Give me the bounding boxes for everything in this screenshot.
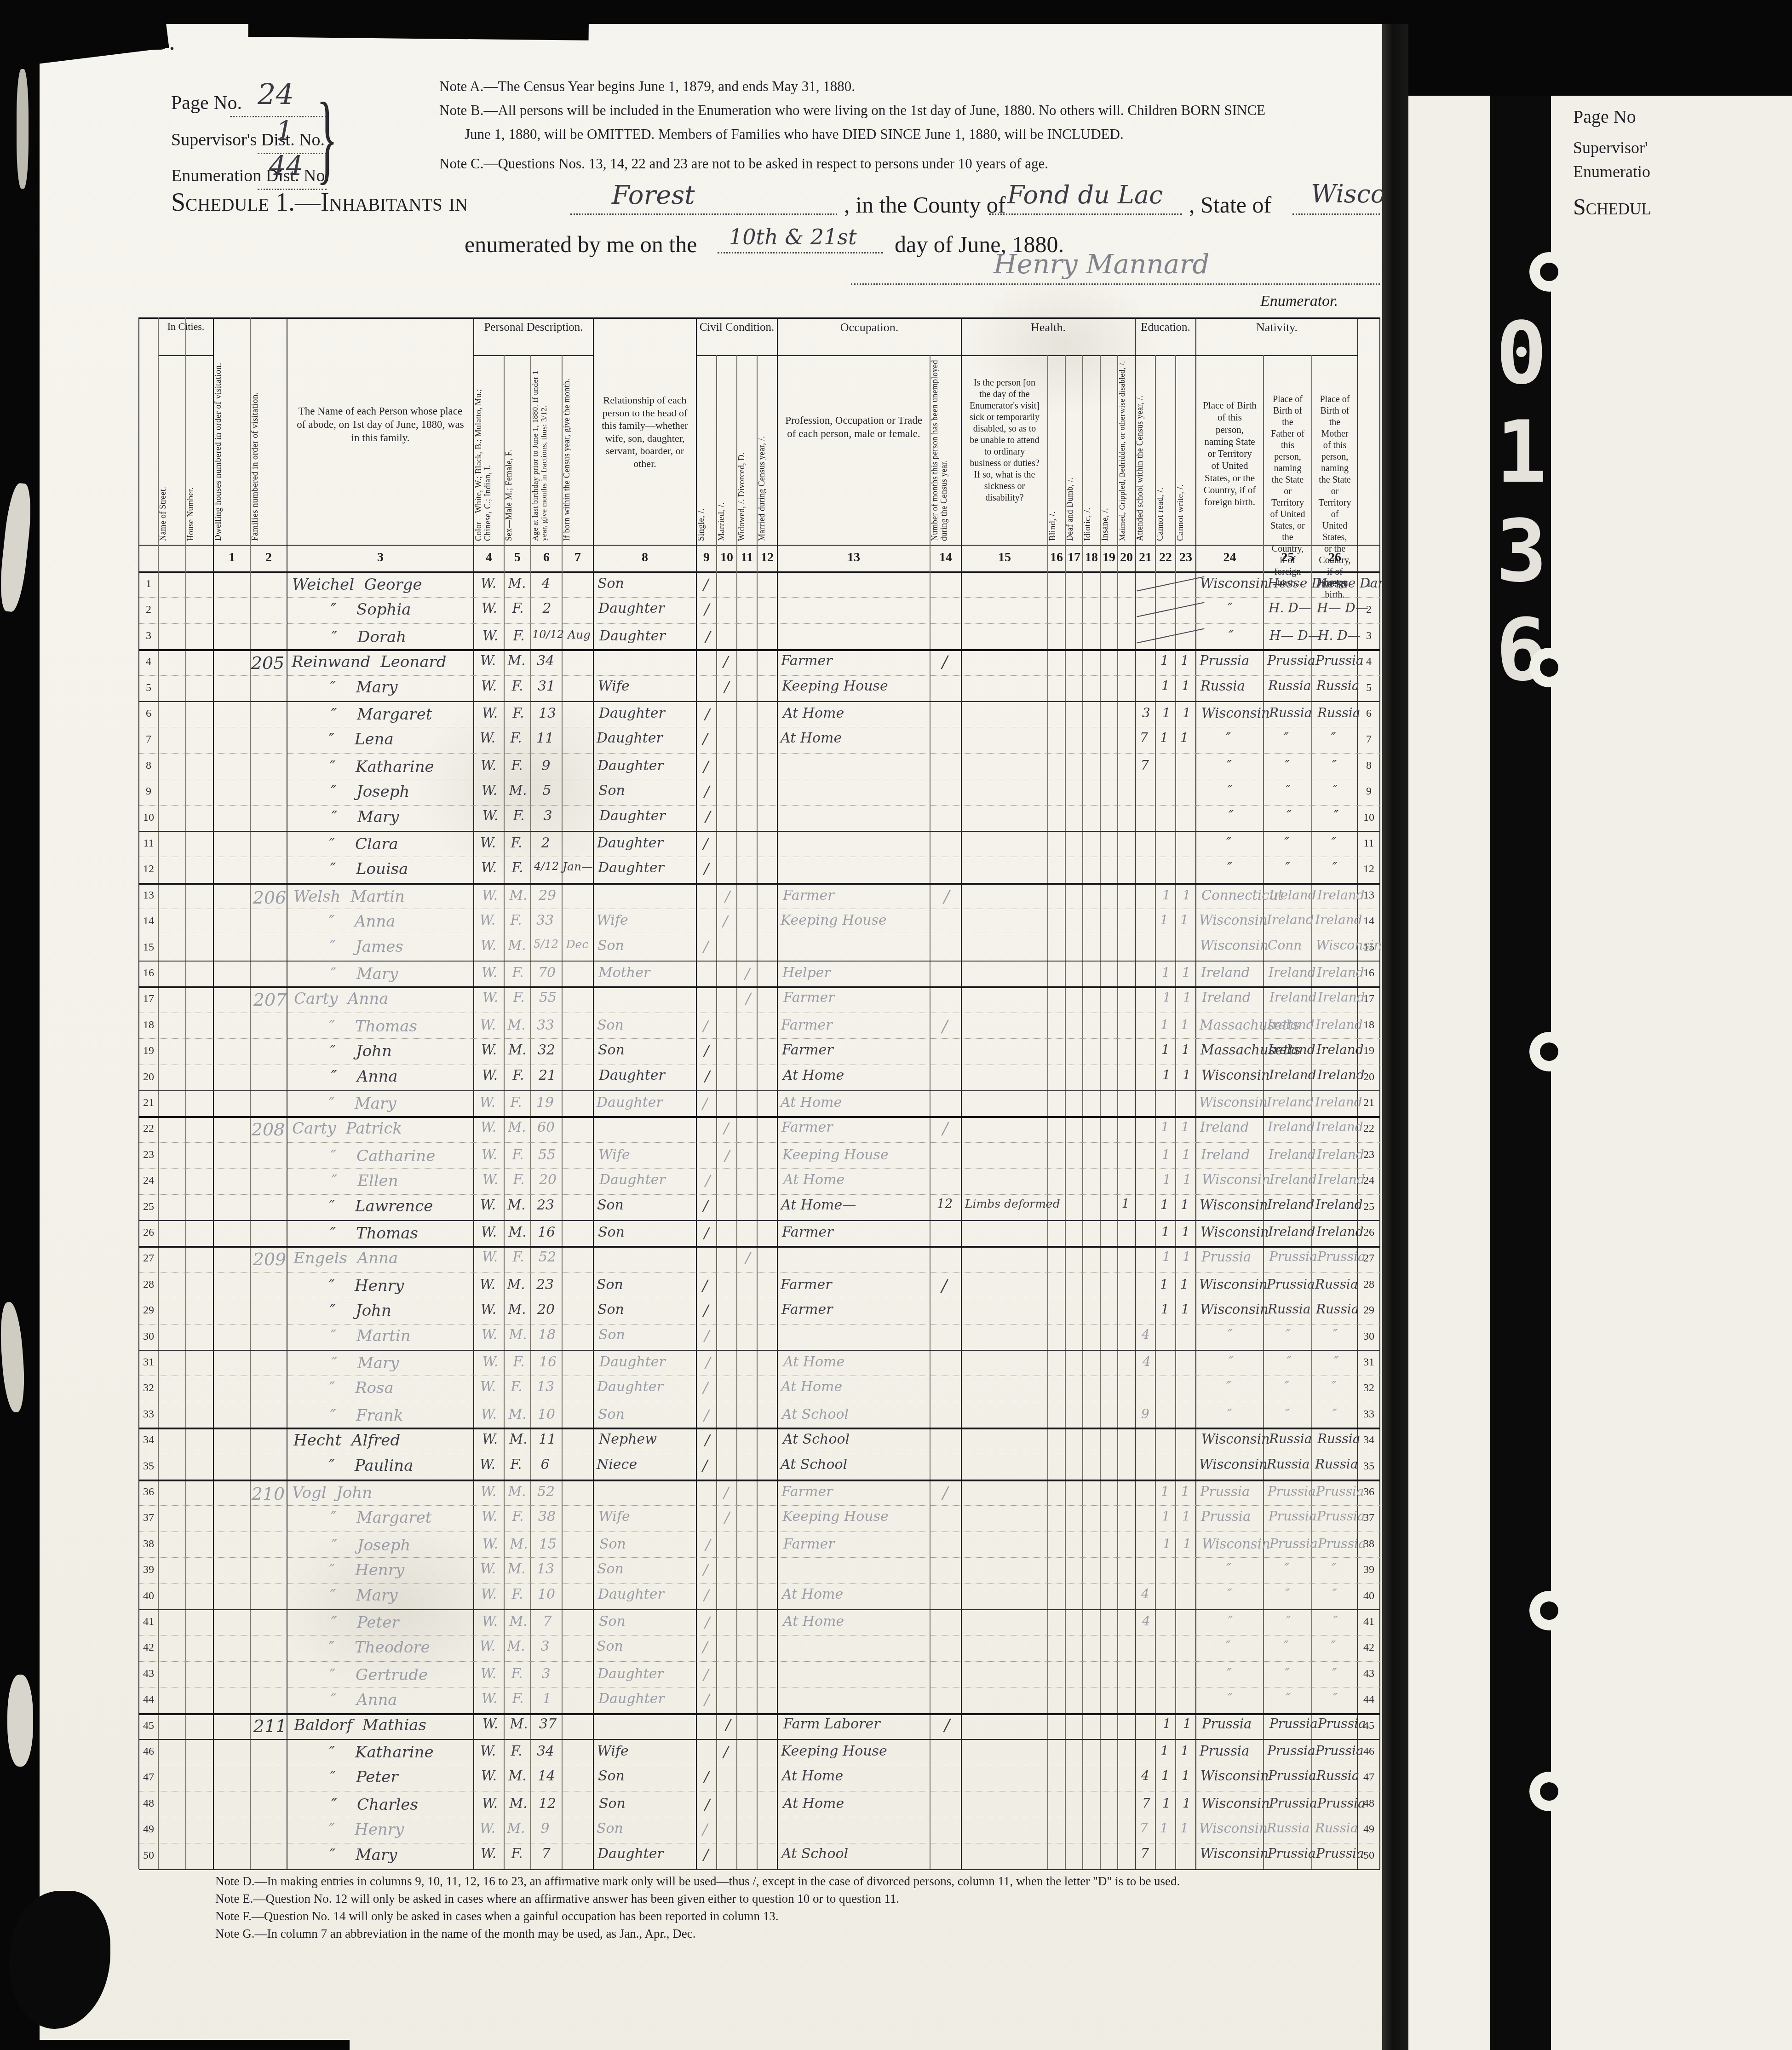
cell-age: 33: [529, 912, 561, 928]
grid-line-h: [1196, 355, 1358, 356]
cell-occupation: Keeping House: [782, 678, 929, 694]
cell-married-mark: ∕: [716, 653, 736, 670]
column-header-c3: The Name of each Person whose place of a…: [293, 405, 467, 444]
cell-color: W.: [472, 1094, 503, 1110]
cell-father-birthplace: Prussia: [1268, 1484, 1310, 1499]
cell-single-mark: ∕: [695, 1379, 716, 1396]
cell-given-name: Clara: [355, 835, 398, 853]
cell-sex: F.: [505, 1249, 532, 1265]
row-number-right: 6: [1358, 708, 1380, 720]
cell-color: W.: [472, 1638, 503, 1654]
grid-line-h: [139, 623, 1380, 624]
cell-sex: M.: [504, 1224, 531, 1240]
column-number-26: 26: [1312, 550, 1358, 565]
cell-father-birthplace: Prussia: [1269, 1536, 1312, 1551]
cell-age: 10: [531, 1586, 562, 1602]
grid-line-v: [757, 355, 757, 1869]
cell-given-name: Mary: [357, 1354, 399, 1372]
cell-relationship: Son: [597, 1197, 695, 1213]
cell-color: W.: [475, 1172, 505, 1187]
column-header-c8: Relationship of each person to the head …: [600, 394, 690, 470]
cell-color: W.: [475, 1716, 505, 1732]
cell-name-ditto: ″: [318, 1561, 346, 1579]
cell-unemployed-months: ∕: [929, 1277, 960, 1296]
cell-single-mark: ∕: [696, 1224, 717, 1242]
row-number-left: 35: [139, 1460, 158, 1473]
cell-age: 14: [531, 1768, 562, 1784]
cell-mother-birthplace: Ireland: [1317, 887, 1358, 903]
cell-mother-birthplace: Russia: [1315, 1457, 1355, 1472]
cell-mother-birthplace: Ireland: [1316, 1119, 1356, 1134]
cell-mother-birthplace: Russia: [1316, 1768, 1357, 1783]
row-number-left: 4: [139, 656, 158, 668]
cell-attended-school: 7: [1135, 1846, 1155, 1861]
cell-birthplace: Wisconsin: [1199, 1457, 1261, 1472]
row-number-left: 22: [139, 1123, 158, 1135]
cell-color: W.: [473, 835, 503, 851]
cell-name-ditto: ″: [320, 1327, 347, 1345]
cell-age: 55: [531, 1147, 563, 1163]
cell-given-name: Mary: [356, 1846, 397, 1864]
cell-sex: F.: [504, 678, 531, 694]
cell-sex: M.: [503, 1277, 529, 1292]
cell-age: 5: [531, 783, 563, 799]
cell-cannot-write: 1: [1175, 1197, 1195, 1212]
cell-birthplace: ″: [1196, 1327, 1264, 1342]
cell-birthplace: ″: [1196, 1691, 1264, 1706]
cell-father-birthplace: Russia: [1268, 1301, 1310, 1317]
cell-occupation: At Home: [781, 1094, 928, 1111]
cell-mother-birthplace: Ireland: [1316, 1224, 1357, 1239]
cell-color: W.: [474, 1224, 504, 1240]
column-number-24: 24: [1196, 550, 1264, 565]
cell-sex: F.: [505, 600, 531, 616]
cell-single-mark: ∕: [696, 576, 716, 593]
cell-cannot-read: 1: [1156, 705, 1177, 720]
cell-single-mark: ∕: [696, 1042, 717, 1060]
cell-name-ditto: ″: [318, 912, 345, 931]
row-number-right: 33: [1358, 1408, 1380, 1421]
cell-birthplace: Wisconsin: [1202, 1536, 1264, 1552]
row-number-left: 41: [139, 1616, 158, 1628]
column-group-civil: Civil Condition.: [696, 320, 777, 334]
cell-age: 12: [532, 1796, 563, 1812]
cell-cannot-read: 1: [1155, 1042, 1176, 1057]
cell-birthplace: Prussia: [1200, 1743, 1262, 1759]
row-number-right: 34: [1358, 1434, 1380, 1446]
grid-line-h: [139, 857, 1380, 857]
column-header-c20: Maimed, Crippled, Bedridden, or otherwis…: [1118, 358, 1135, 541]
footer-note-d: Note D.—In making entries in columns 9, …: [215, 1874, 1180, 1889]
cell-cannot-write: 1: [1176, 1147, 1196, 1162]
cell-father-birthplace: Hesse Darm: [1268, 576, 1310, 591]
cell-cannot-read: 1: [1155, 1484, 1175, 1499]
cell-occupation: At Home: [782, 1768, 929, 1784]
cell-age: 7: [530, 1846, 562, 1862]
column-number-25: 25: [1264, 550, 1312, 565]
row-number-right: 29: [1358, 1304, 1380, 1317]
cell-birthplace: ″: [1196, 783, 1264, 798]
cell-father-birthplace: Prussia: [1268, 1846, 1310, 1861]
cell-name-ditto: ″: [321, 1172, 348, 1190]
row-number-right: 3: [1358, 630, 1380, 642]
grid-line-h: [139, 753, 1380, 754]
cell-age: 13: [530, 1379, 561, 1395]
cell-given-name: Sophia: [356, 600, 411, 619]
cell-birthplace: Massachusetts: [1200, 1017, 1262, 1033]
cell-relationship: Daughter: [598, 1586, 695, 1602]
cell-cannot-write: 1: [1177, 1536, 1197, 1551]
grid-line-h: [139, 1505, 1380, 1506]
cell-given-name: Thomas: [356, 1224, 418, 1243]
cell-sex: F.: [505, 990, 532, 1005]
cell-unemployed-months: ∕: [929, 653, 960, 672]
cell-cannot-write: 1: [1177, 1067, 1197, 1083]
cell-single-mark: ∕: [696, 1666, 716, 1683]
cell-name-ditto: ″: [320, 965, 347, 983]
cell-age: 23: [530, 1197, 561, 1213]
cell-name: Carty Patrick: [292, 1119, 402, 1138]
row-number-left: 34: [139, 1434, 158, 1446]
cell-cannot-write: 1: [1177, 1249, 1197, 1264]
cell-color: W.: [473, 1301, 504, 1317]
note-b-line2: June 1, 1880, will be OMITTED. Members o…: [465, 126, 1124, 143]
cell-relationship: Wife: [598, 1509, 696, 1525]
cell-occupation: At Home: [781, 730, 928, 746]
cell-age: 19: [529, 1094, 561, 1111]
cell-father-birthplace: Prussia: [1267, 1277, 1310, 1292]
cell-occupation: At School: [783, 1431, 930, 1447]
cell-relationship: Daughter: [598, 1691, 696, 1707]
grid-line-h: [139, 986, 1380, 988]
film-blotch: [17, 69, 29, 189]
cell-color: W.: [475, 1431, 505, 1447]
column-number-9: 9: [696, 550, 717, 565]
cell-birthplace: Ireland: [1202, 990, 1264, 1005]
cell-color: W.: [473, 653, 503, 668]
cell-sex: M.: [504, 1484, 530, 1499]
cell-occupation: Farmer: [782, 1224, 929, 1240]
cell-birthplace: ″: [1196, 1406, 1264, 1422]
column-number-23: 23: [1176, 550, 1196, 565]
cell-sex: M.: [505, 1796, 532, 1811]
cell-color: W.: [474, 1691, 505, 1706]
cell-name-ditto: ″: [318, 730, 345, 749]
grid-line-h: [139, 1142, 1380, 1143]
cell-color: W.: [473, 1197, 503, 1213]
cell-color: W.: [474, 1586, 504, 1602]
cell-age: 16: [531, 1224, 562, 1240]
cell-sex: F.: [505, 1691, 531, 1706]
cell-name-ditto: ″: [320, 1796, 348, 1814]
cell-occupation: Farm Laborer: [783, 1716, 930, 1732]
binder-hole: [1529, 648, 1569, 687]
row-number-left: 32: [139, 1382, 158, 1394]
cell-age: 18: [531, 1327, 563, 1343]
footer-note-f: Note F.—Question No. 14 will only be ask…: [215, 1909, 779, 1923]
film-edge-top-right: [1408, 0, 1792, 96]
cell-father-birthplace: ″: [1263, 1666, 1311, 1681]
grid-line-h: [139, 675, 1380, 676]
cell-cannot-write: 1: [1174, 1820, 1195, 1836]
cell-single-mark: ∕: [697, 600, 717, 618]
cell-color: W.: [473, 938, 504, 953]
cell-cannot-read: 1: [1155, 1119, 1175, 1134]
row-number-left: 30: [139, 1330, 158, 1343]
cell-name-ditto: ″: [318, 1457, 345, 1475]
cell-relationship: Son: [599, 1796, 696, 1812]
cell-cannot-read: 1: [1156, 1796, 1177, 1811]
cell-health: Limbs deformed: [965, 1197, 1046, 1210]
cell-relationship: Daughter: [597, 1846, 695, 1862]
row-number-left: 49: [139, 1823, 158, 1836]
cell-age: 11: [532, 1431, 563, 1447]
cell-cannot-write: 1: [1177, 1796, 1197, 1811]
grid-line-h: [139, 1687, 1380, 1687]
cell-sex: M.: [505, 783, 531, 798]
grid-line-h: [139, 701, 1380, 702]
cell-father-birthplace: Ireland: [1267, 1197, 1310, 1212]
cell-color: W.: [475, 1613, 505, 1629]
cell-name: Hecht Alfred: [293, 1431, 400, 1450]
cell-single-mark: ∕: [695, 1277, 715, 1294]
cell-mother-birthplace: Wisconsin: [1316, 938, 1356, 953]
column-number-19: 19: [1100, 550, 1118, 565]
row-number-left: 18: [139, 1019, 158, 1031]
cell-name-ditto: ″: [319, 1846, 346, 1864]
cell-mother-birthplace: Prussia: [1317, 1796, 1358, 1811]
cell-birthplace: Wisconsin: [1200, 1768, 1263, 1784]
cell-mother-birthplace: Russia: [1315, 1820, 1355, 1836]
row-number-left: 38: [139, 1538, 158, 1550]
cell-age: 55: [532, 990, 563, 1006]
cell-name-ditto: ″: [320, 1613, 348, 1632]
cell-relationship: Daughter: [599, 808, 697, 824]
cell-given-name: Mary: [356, 678, 398, 697]
cell-birthplace: Russia: [1200, 678, 1263, 694]
cell-father-birthplace: Prussia: [1269, 1509, 1311, 1524]
cell-attended-school: 7: [1134, 730, 1154, 745]
cell-single-mark: ∕: [697, 1613, 718, 1631]
footer-note-e: Note E.—Question No. 12 will only be ask…: [215, 1892, 899, 1906]
note-c: Note C.—Questions Nos. 13, 14, 22 and 23…: [439, 155, 1048, 172]
cell-sex: F.: [505, 808, 532, 823]
cell-given-name: James: [356, 938, 403, 956]
cell-given-name: Thomas: [355, 1017, 417, 1036]
cell-occupation: Keeping House: [782, 1509, 930, 1525]
cell-sex: F.: [505, 705, 532, 721]
cell-family-number: 210: [250, 1484, 287, 1504]
cell-mother-birthplace: ″: [1311, 835, 1357, 850]
grid-line-h: [139, 1661, 1380, 1662]
cell-sex: M.: [505, 1613, 532, 1629]
cell-given-name: Ellen: [357, 1172, 398, 1190]
grid-line-h: [139, 727, 1380, 727]
row-number-left: 1: [139, 578, 158, 590]
cell-sex: M.: [505, 887, 532, 903]
grid-line-v: [138, 317, 140, 1869]
cell-age: 10: [531, 1406, 562, 1422]
cell-birthplace: ″: [1195, 1561, 1263, 1577]
cell-birthplace: Prussia: [1200, 1484, 1262, 1499]
cell-name-ditto: ″: [319, 678, 347, 697]
grid-line-h: [139, 1557, 1380, 1558]
column-header-c15: Is the person [on the day of the Enumera…: [968, 377, 1041, 504]
column-header-c11: Widowed, /. Divorced, D.: [737, 358, 757, 541]
cell-attended-school: 4: [1136, 1613, 1156, 1629]
cell-father-birthplace: H— D—: [1269, 628, 1312, 643]
cell-mother-birthplace: Hesse Dar—: [1316, 576, 1356, 591]
cell-father-birthplace: Prussia: [1267, 1743, 1310, 1758]
cell-single-mark: ∕: [697, 1431, 718, 1449]
cell-cannot-read: 1: [1156, 887, 1177, 903]
cell-name-ditto: ″: [320, 1147, 347, 1165]
cell-given-name: John: [356, 1042, 392, 1060]
cell-age: 3: [532, 808, 563, 824]
row-number-right: 9: [1358, 785, 1380, 798]
cell-occupation: Keeping House: [782, 1147, 930, 1163]
row-number-right: 43: [1358, 1668, 1380, 1680]
cell-single-mark: ∕: [696, 1406, 717, 1424]
cell-birthplace: Wisconsin: [1200, 1224, 1263, 1240]
cell-sex: F.: [504, 758, 530, 773]
cell-relationship: Wife: [598, 678, 695, 694]
cell-birthplace: Prussia: [1202, 1716, 1264, 1732]
cell-birthplace: Wisconsin: [1201, 1067, 1264, 1083]
cell-father-birthplace: ″: [1263, 1561, 1311, 1576]
cell-father-birthplace: Prussia: [1269, 1249, 1312, 1264]
cell-sex: M.: [504, 1119, 530, 1135]
cell-mother-birthplace: ″: [1311, 1666, 1357, 1681]
cell-birthplace: Ireland: [1201, 965, 1263, 980]
cell-cannot-read: 1: [1157, 1172, 1177, 1187]
enumerated-label: enumerated by me on the: [465, 231, 697, 258]
grid-line-v: [1065, 355, 1065, 1869]
cell-father-birthplace: ″: [1265, 808, 1313, 823]
cell-occupation: At Home: [783, 1613, 930, 1630]
cell-cannot-write: 1: [1177, 705, 1197, 720]
cell-relationship: Daughter: [599, 628, 697, 644]
cell-color: W.: [475, 705, 505, 721]
cell-relationship: Daughter: [597, 1379, 695, 1395]
cell-father-birthplace: Ireland: [1268, 1224, 1311, 1239]
cell-father-birthplace: H. D—: [1269, 600, 1311, 616]
grid-line-h: [139, 1791, 1380, 1791]
cell-cannot-write: 1: [1176, 1042, 1196, 1057]
cell-cannot-write: 1: [1175, 653, 1195, 668]
row-number-right: 40: [1358, 1590, 1380, 1602]
row-number-left: 19: [139, 1045, 158, 1057]
cell-unemployed-months: ∕: [930, 1484, 961, 1503]
cell-occupation: Farmer: [781, 1119, 929, 1135]
cell-age: 32: [531, 1042, 562, 1058]
cell-occupation: Farmer: [781, 1484, 929, 1500]
state-label: , State of: [1189, 191, 1271, 218]
cell-occupation: Keeping House: [781, 1743, 928, 1759]
cell-mother-birthplace: Ireland: [1315, 1094, 1355, 1110]
cell-occupation: At Home: [783, 1796, 930, 1812]
column-header-c2: Families numbered in order of visitation…: [250, 322, 287, 541]
cell-cannot-write: 1: [1177, 990, 1197, 1005]
cell-given-name: Mary: [355, 1094, 396, 1113]
column-number-8: 8: [593, 550, 696, 565]
cell-cannot-write: 1: [1175, 1484, 1195, 1499]
grid-line-h: [139, 1428, 1380, 1429]
cell-given-name: Henry: [355, 1277, 404, 1295]
row-number-left: 31: [139, 1356, 158, 1369]
cell-name-ditto: ″: [321, 1354, 348, 1372]
cell-attended-school: 4: [1135, 1586, 1155, 1601]
cell-cannot-read: 1: [1154, 1743, 1175, 1758]
binder-hole: [1529, 1591, 1569, 1630]
column-header-street: Name of Street.: [158, 358, 186, 541]
cell-father-birthplace: Ireland: [1269, 990, 1312, 1005]
row-number-right: 44: [1358, 1693, 1380, 1706]
row-number-left: 6: [139, 708, 158, 720]
row-number-left: 16: [139, 967, 158, 979]
next-page-schedule-label: Schedul: [1573, 193, 1651, 220]
cell-mother-birthplace: ″: [1313, 1354, 1359, 1369]
grid-line-h: [139, 1869, 1380, 1870]
grid-line-v: [736, 355, 737, 1869]
grid-line-h: [139, 317, 1380, 319]
cell-cannot-write: 1: [1175, 1119, 1195, 1134]
column-header-c9: Single, /.: [696, 358, 717, 541]
row-number-left: 40: [139, 1590, 158, 1602]
column-header-c10: Married, /.: [717, 358, 737, 541]
cell-sex: F.: [505, 1509, 531, 1524]
cell-name-ditto: ″: [319, 1666, 346, 1684]
cell-given-name: Anna: [357, 1067, 398, 1086]
cell-family-number: 208: [250, 1119, 287, 1140]
cell-single-mark: ∕: [695, 1094, 715, 1112]
row-number-left: 2: [139, 604, 158, 616]
cell-color: W.: [475, 1249, 505, 1265]
column-header-c24: Place of Birth of this person, naming St…: [1202, 399, 1257, 508]
grid-line-h: [139, 545, 1380, 546]
cell-birthplace: ″: [1195, 730, 1262, 746]
row-number-left: 46: [139, 1745, 158, 1758]
row-number-left: 26: [139, 1227, 158, 1239]
cell-attended-school: 4: [1137, 1354, 1157, 1369]
grid-line-h: [139, 805, 1380, 806]
cell-name-ditto: ″: [319, 1224, 347, 1243]
cell-name-ditto: ″: [320, 705, 348, 724]
grid-line-h: [139, 779, 1380, 779]
column-group-personal: Personal Description.: [474, 320, 593, 334]
cell-occupation: At Home—: [781, 1197, 928, 1213]
cell-single-mark: ∕: [696, 1586, 717, 1604]
cell-cannot-read: 1: [1156, 1509, 1176, 1524]
enumerator-label: Enumerator.: [1260, 293, 1338, 310]
column-header-c5: Sex—Male M.; Female, F.: [504, 358, 531, 541]
cell-mother-birthplace: Russia: [1317, 1431, 1358, 1446]
cell-cannot-read: 1: [1156, 1147, 1176, 1162]
cell-mother-birthplace: ″: [1310, 1638, 1356, 1653]
cell-sex: F.: [505, 965, 531, 980]
cell-single-mark: ∕: [698, 628, 718, 645]
cell-married-mark: ∕: [717, 1147, 737, 1164]
census-scan: D. [7—296.] Page No. 24 Supervisor's Dis…: [0, 0, 1792, 2050]
cell-given-name: Lawrence: [355, 1197, 433, 1215]
cell-birthplace: Massachusetts: [1200, 1042, 1263, 1058]
cell-mother-birthplace: Prussia: [1315, 653, 1356, 668]
cell-sex: M.: [504, 938, 530, 953]
column-number-4: 4: [474, 550, 504, 565]
cell-attended-school: 7: [1136, 1796, 1156, 1811]
cell-sex: M.: [505, 1536, 532, 1552]
cell-cannot-read: 1: [1155, 1301, 1175, 1317]
